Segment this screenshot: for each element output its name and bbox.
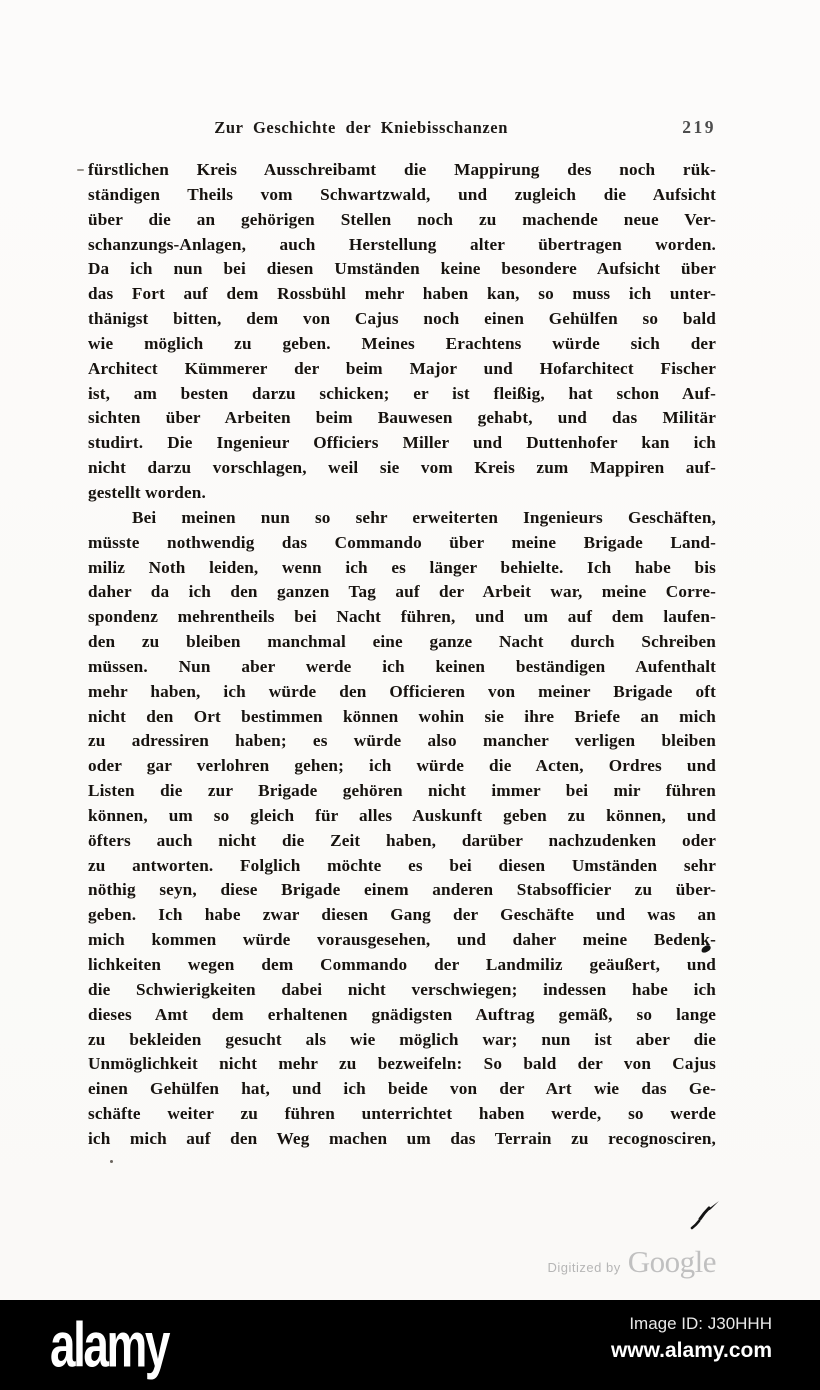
text-line: Listen die zur Brigade gehören nicht imm… (88, 779, 716, 804)
text-line: nicht den Ort bestimmen können wohin sie… (88, 705, 716, 730)
alamy-footer-bar: alamy Image ID: J30HHH www.alamy.com (0, 1300, 820, 1390)
text-line: nicht darzu vorschlagen, weil sie vom Kr… (88, 456, 716, 481)
alamy-website-label: www.alamy.com (611, 1339, 772, 1363)
text-line: mehr haben, ich würde den Officieren von… (88, 680, 716, 705)
text-line: das Fort auf dem Rossbühl mehr haben kan… (88, 282, 716, 307)
ink-speck (77, 169, 84, 171)
text-line: über die an gehörigen Stellen noch zu ma… (88, 208, 716, 233)
text-line: schanzungs-Anlagen, auch Herstellung alt… (88, 233, 716, 258)
text-line: Architect Kümmerer der beim Major und Ho… (88, 357, 716, 382)
text-line: einen Gehülfen hat, und ich beide von de… (88, 1077, 716, 1102)
text-line: zu antworten. Folglich möchte es bei die… (88, 854, 716, 879)
text-line: ich mich auf den Weg machen um das Terra… (88, 1127, 716, 1152)
text-line: nöthig seyn, diese Brigade einem anderen… (88, 878, 716, 903)
text-line: wie möglich zu geben. Meines Erachtens w… (88, 332, 716, 357)
alamy-stock-image-frame: Zur Geschichte der Kniebisschanzen 219 f… (0, 0, 820, 1390)
text-line: fürstlichen Kreis Ausschreibamt die Mapp… (88, 158, 716, 183)
chapter-title: Zur Geschichte der Kniebisschanzen (214, 118, 508, 137)
text-line: müssen. Nun aber werde ich keinen bestän… (88, 655, 716, 680)
text-line: gestellt worden. (88, 481, 716, 506)
text-line: geben. Ich habe zwar diesen Gang der Ges… (88, 903, 716, 928)
text-line: Da ich nun bei diesen Umständen keine be… (88, 257, 716, 282)
alamy-meta: Image ID: J30HHH www.alamy.com (611, 1314, 772, 1363)
text-line: sichten über Arbeiten beim Bauwesen geha… (88, 406, 716, 431)
image-id-label: Image ID: J30HHH (629, 1314, 772, 1334)
text-line: daher da ich den ganzen Tag auf der Arbe… (88, 580, 716, 605)
text-line: studirt. Die Ingenieur Officiers Miller … (88, 431, 716, 456)
text-line: zu bekleiden gesucht als wie möglich war… (88, 1028, 716, 1053)
text-line: den zu bleiben manchmal eine ganze Nacht… (88, 630, 716, 655)
google-logo: Google (628, 1244, 716, 1280)
text-line: schäfte weiter zu führen unterrichtet ha… (88, 1102, 716, 1127)
page-number: 219 (682, 117, 716, 137)
google-watermark: Digitized by Google (548, 1244, 716, 1280)
text-line: die Schwierigkeiten dabei nicht verschwi… (88, 978, 716, 1003)
text-line: thänigst bitten, dem von Cajus noch eine… (88, 307, 716, 332)
text-line: mich kommen würde vorausgesehen, und dah… (88, 928, 716, 953)
text-line: Bei meinen nun so sehr erweiterten Ingen… (88, 506, 716, 531)
text-line: miliz Noth leiden, wenn ich es länger be… (88, 556, 716, 581)
text-line: müsste nothwendig das Commando über mein… (88, 531, 716, 556)
text-line: öfters auch nicht die Zeit haben, darübe… (88, 829, 716, 854)
alamy-logo: alamy (50, 1314, 168, 1377)
text-block: fürstlichen Kreis Ausschreibamt die Mapp… (88, 158, 716, 1152)
text-line: Unmöglichkeit nicht mehr zu bezweifeln: … (88, 1052, 716, 1077)
text-line: dieses Amt dem erhaltenen gnädigsten Auf… (88, 1003, 716, 1028)
text-line: oder gar verlohren gehen; ich würde die … (88, 754, 716, 779)
scanned-book-page: Zur Geschichte der Kniebisschanzen 219 f… (0, 0, 820, 1300)
digitized-by-label: Digitized by (548, 1260, 621, 1275)
ink-speck (110, 1160, 113, 1163)
text-line: spondenz mehrentheils bei Nacht führen, … (88, 605, 716, 630)
text-line: zu adressiren haben; es würde also manch… (88, 729, 716, 754)
text-line: können, um so gleich für alles Auskunft … (88, 804, 716, 829)
text-line: ständigen Theils vom Schwartzwald, und z… (88, 183, 716, 208)
pen-flourish-mark (686, 1192, 730, 1241)
text-line: ist, am besten darzu schicken; er ist fl… (88, 382, 716, 407)
text-line: lichkeiten wegen dem Commando der Landmi… (88, 953, 716, 978)
running-head: Zur Geschichte der Kniebisschanzen 219 (88, 117, 716, 138)
